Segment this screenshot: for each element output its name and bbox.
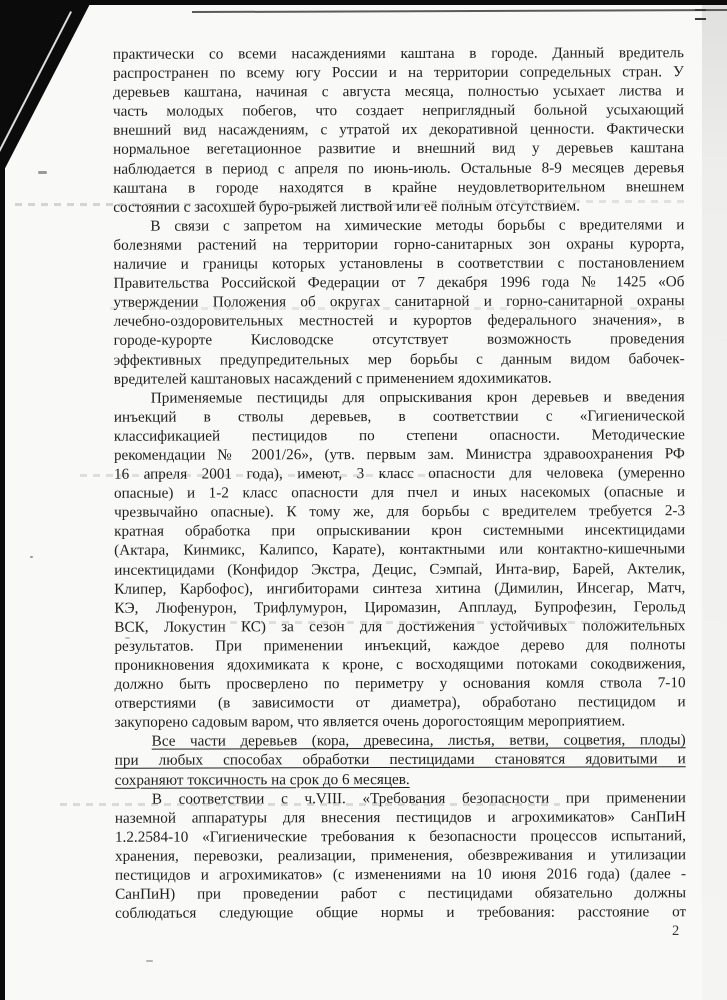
text-line: деревьев каштана, начиная с августа меся… bbox=[113, 81, 684, 102]
paragraph: Все части деревьев (кора, древесина, лис… bbox=[115, 731, 686, 790]
paper-edge-top-line bbox=[192, 9, 727, 13]
text-line: пестицидов и агрохимикатов» (с изменения… bbox=[115, 864, 686, 885]
text-line: распространен по всему югу России и на т… bbox=[113, 62, 684, 83]
text-line: наблюдается в период с апреля по июнь-ию… bbox=[113, 158, 684, 179]
paragraph: В связи с запретом на химические методы … bbox=[113, 215, 684, 388]
paragraph: В соответствии с ч.VIII. «Требования без… bbox=[115, 788, 686, 923]
text-line: городе-курорте Кисловодске отсутствует в… bbox=[114, 330, 685, 351]
text-line: соблюдаться следующие общие нормы и треб… bbox=[115, 902, 686, 923]
text-line: Правительства Российской Федерации от 7 … bbox=[113, 272, 684, 293]
text-line: КЭ, Люфенурон, Трифлумурон, Циромазин, А… bbox=[114, 597, 685, 618]
text-line: 1.2.2584-10 «Гигиенические требования к … bbox=[115, 826, 686, 847]
text-line: отверстиями (в зависимости от диаметра),… bbox=[115, 692, 686, 713]
text-line: внешний вид насаждениям, с утратой их де… bbox=[113, 120, 684, 141]
scan-right-shade bbox=[702, 0, 727, 1000]
text-line: СанПиН) при проведении работ с пестицида… bbox=[115, 883, 686, 904]
text-line: болезнями растений на территории горно-с… bbox=[113, 234, 684, 255]
text-line: проникновения ядохимиката к кроне, с вос… bbox=[114, 654, 685, 675]
text-line: опасные) и 1-2 класс опасности для пчел … bbox=[114, 482, 685, 503]
paragraph: практически со всеми насаждениями каштан… bbox=[113, 43, 684, 216]
scan-corner-shadow bbox=[0, 0, 95, 180]
text-line: вредителей каштановых насаждений с приме… bbox=[114, 368, 685, 389]
text-line: при любых способах обработки пестицидами… bbox=[115, 750, 686, 771]
text-line: каштана в городе находятся в крайне неуд… bbox=[113, 177, 684, 198]
text-line: В связи с запретом на химические методы … bbox=[113, 215, 684, 236]
text-line: рекомендации № 2001/26», (утв. первым за… bbox=[114, 444, 685, 465]
text-line: 16 апреля 2001 года), имеют, 3 класс опа… bbox=[114, 463, 685, 484]
scan-edge-top bbox=[0, 0, 727, 5]
paragraph: Применяемые пестициды для опрыскивания к… bbox=[114, 387, 686, 732]
text-line: практически со всеми насаждениями каштан… bbox=[113, 43, 684, 64]
text-line: закупорено садовым варом, что является о… bbox=[115, 712, 686, 733]
text-line: часть молодых побегов, что создает непри… bbox=[113, 101, 684, 122]
text-line: наземной аппаратуры для внесения пестици… bbox=[115, 807, 686, 828]
text-line: состоянии с засохшей буро-рыжей листвой … bbox=[113, 196, 684, 217]
text-line: (Актара, Кинмикс, Калипсо, Карате), конт… bbox=[114, 540, 685, 561]
scan-mark-top-right bbox=[695, 9, 706, 20]
text-line: В соответствии с ч.VIII. «Требования без… bbox=[115, 788, 686, 809]
scan-speck bbox=[38, 171, 47, 174]
text-line: инъекций в стволы деревьев, в соответств… bbox=[114, 406, 685, 427]
text-line: лечебно-оздоровительных местностей и кур… bbox=[114, 311, 685, 332]
text-line: результатов. При применении инъекций, ка… bbox=[114, 635, 685, 656]
text-line: утверждении Положения об округах санитар… bbox=[114, 291, 685, 312]
text-line: сохраняют токсичность на срок до 6 месяц… bbox=[115, 769, 686, 790]
text-line: хранения, перевозки, реализации, примене… bbox=[115, 845, 686, 866]
text-line: кратная обработка при опрыскивании крон … bbox=[114, 521, 685, 542]
text-line: нормальное вегетационное развитие и внеш… bbox=[113, 139, 684, 160]
text-line: Клипер, Карбофос), ингибиторами синтеза … bbox=[114, 578, 685, 599]
text-line: ВСК, Локустин КС) за сезон для достижени… bbox=[114, 616, 685, 637]
page-number: 2 bbox=[672, 923, 679, 940]
text-line: Применяемые пестициды для опрыскивания к… bbox=[114, 387, 685, 408]
scan-speck bbox=[30, 556, 33, 558]
text-line: наличие и границы которых установлены в … bbox=[113, 253, 684, 274]
scan-speck bbox=[146, 960, 153, 962]
text-line: Все части деревьев (кора, древесина, лис… bbox=[115, 731, 686, 752]
scanned-document-page: практически со всеми насаждениями каштан… bbox=[0, 0, 727, 1000]
text-line: инсектицидами (Конфидор Экстра, Децис, С… bbox=[114, 559, 685, 580]
text-line: чрезвычайно опасные). К тому же, для бор… bbox=[114, 502, 685, 523]
text-line: эффективных предупредительных мер борьбы… bbox=[114, 349, 685, 370]
text-line: классификацией пестицидов по степени опа… bbox=[114, 425, 685, 446]
text-line: должно быть просверлено по периметру у о… bbox=[115, 673, 686, 694]
document-body: практически со всеми насаждениями каштан… bbox=[113, 43, 686, 923]
